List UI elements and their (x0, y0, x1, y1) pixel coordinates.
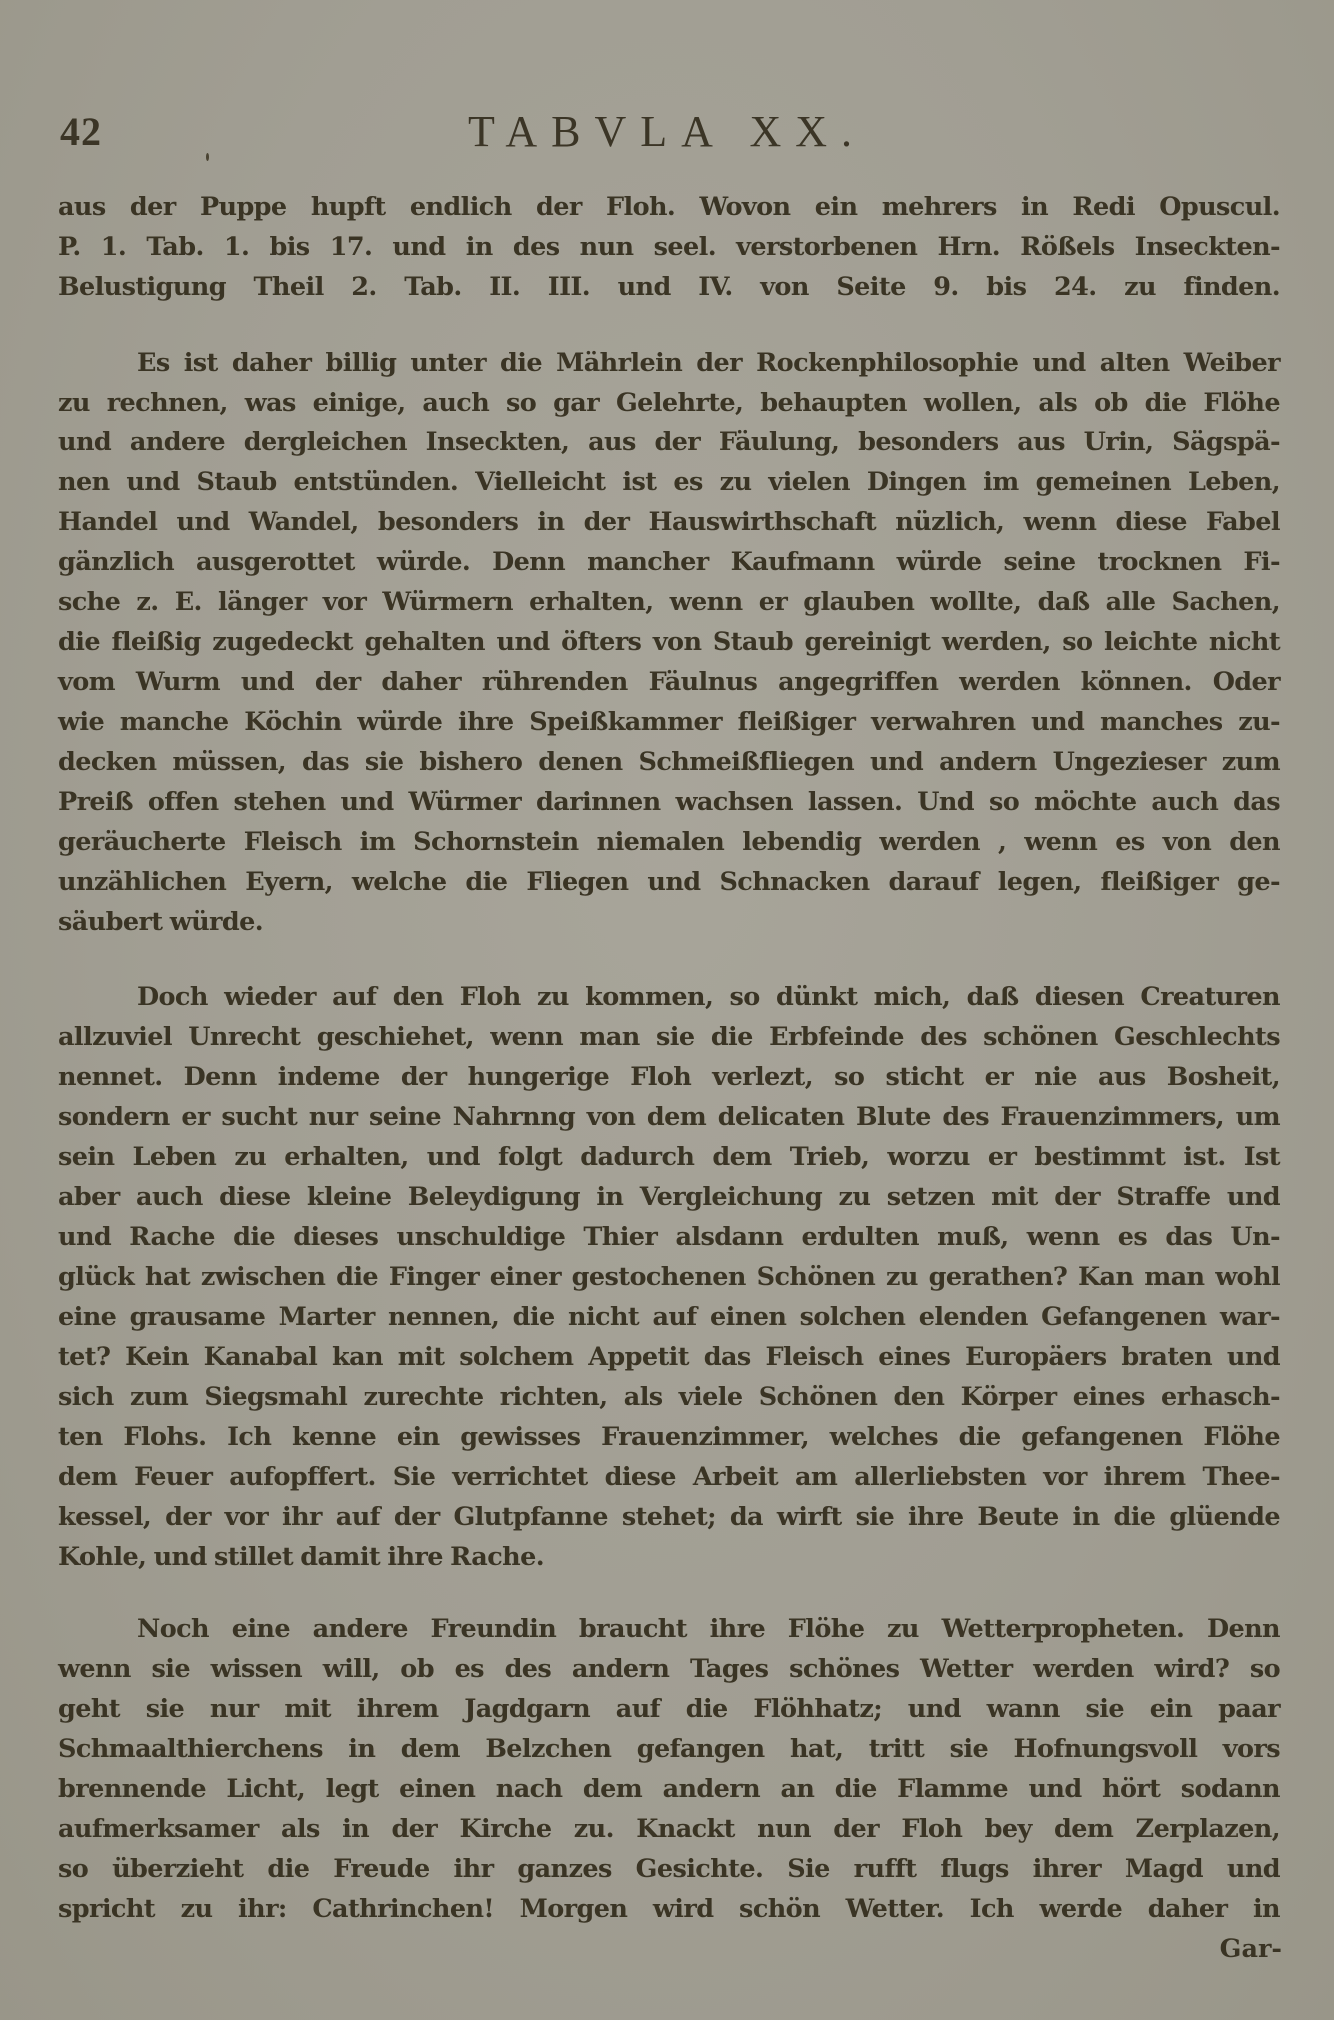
text-line: dem Feuer aufopffert. Sie verrichtet die… (58, 1460, 1280, 1494)
paragraph-first-line: Doch wieder auf den Floh zu kommen, so d… (137, 980, 1280, 1014)
text-line: wenn sie wissen will, ob es des andern T… (58, 1652, 1280, 1686)
text-line: glück hat zwischen die Finger einer gest… (58, 1260, 1280, 1294)
text-line: so überzieht die Freude ihr ganzes Gesic… (58, 1852, 1280, 1886)
text-line: brennende Licht, legt einen nach dem and… (58, 1772, 1280, 1806)
text-line: ten Flohs. Ich kenne ein gewisses Frauen… (58, 1420, 1280, 1454)
text-line: gänzlich ausgerottet würde. Denn mancher… (58, 545, 1280, 579)
text-line: P. 1. Tab. 1. bis 17. und in des nun see… (58, 230, 1280, 264)
text-line: unzählichen Eyern, welche die Fliegen un… (58, 865, 1280, 899)
paragraph-first-line: Es ist daher billig unter die Mährlein d… (137, 346, 1280, 380)
text-line: kessel, der vor ihr auf der Glutpfanne s… (58, 1500, 1280, 1534)
text-line: aufmerksamer als in der Kirche zu. Knack… (58, 1812, 1280, 1846)
text-line: zu rechnen, was einige, auch so gar Gele… (58, 386, 1280, 420)
paragraph-first-line: Noch eine andere Freundin braucht ihre F… (137, 1612, 1280, 1646)
catchword: Gar- (1220, 1932, 1282, 1966)
text-line: geräucherte Fleisch im Schornstein niema… (58, 825, 1280, 859)
text-line: nennet. Denn indeme der hungerige Floh v… (58, 1060, 1280, 1094)
text-line: sich zum Siegsmahl zurechte richten, als… (58, 1380, 1280, 1414)
text-line: Preiß offen stehen und Würmer darinnen w… (58, 785, 1280, 819)
text-line: aus der Puppe hupft endlich der Floh. Wo… (58, 190, 1280, 224)
text-line: tet? Kein Kanabal kan mit solchem Appeti… (58, 1340, 1280, 1374)
text-line: Handel und Wandel, besonders in der Haus… (58, 505, 1280, 539)
text-line: wie manche Köchin würde ihre Speißkammer… (58, 705, 1280, 739)
text-line: und Rache die dieses unschuldige Thier a… (58, 1220, 1280, 1254)
text-line: eine grausame Marter nennen, die nicht a… (58, 1300, 1280, 1334)
text-line: und andere dergleichen Inseckten, aus de… (58, 425, 1280, 459)
ink-speck (206, 153, 209, 161)
text-line: allzuviel Unrecht geschiehet, wenn man s… (58, 1020, 1280, 1054)
text-line: nen und Staub entstünden. Vielleicht ist… (58, 465, 1280, 499)
book-page: 42 TABVLA XX. aus der Puppe hupft endlic… (0, 0, 1334, 2020)
text-line: Belustigung Theil 2. Tab. II. III. und I… (58, 270, 1280, 304)
paragraph-last-line: säubert würde. (58, 905, 1280, 939)
text-line: vom Wurm und der daher rührenden Fäulnus… (58, 665, 1280, 699)
text-line: sche z. E. länger vor Würmern erhalten, … (58, 585, 1280, 619)
text-line: decken müssen, das sie bishero denen Sch… (58, 745, 1280, 779)
text-line: spricht zu ihr: Cathrinchen! Morgen wird… (58, 1892, 1280, 1926)
paragraph-last-line: Kohle, und stillet damit ihre Rache. (58, 1540, 1280, 1574)
text-line: die fleißig zugedeckt gehalten und öfter… (58, 625, 1280, 659)
text-line: geht sie nur mit ihrem Jagdgarn auf die … (58, 1692, 1280, 1726)
text-line: sondern er sucht nur seine Nahrnng von d… (58, 1100, 1280, 1134)
text-line: Schmaalthierchens in dem Belzchen gefang… (58, 1732, 1280, 1766)
text-line: sein Leben zu erhalten, und folgt dadurc… (58, 1140, 1280, 1174)
running-title: TABVLA XX. (0, 106, 1334, 157)
text-line: aber auch diese kleine Beleydigung in Ve… (58, 1180, 1280, 1214)
